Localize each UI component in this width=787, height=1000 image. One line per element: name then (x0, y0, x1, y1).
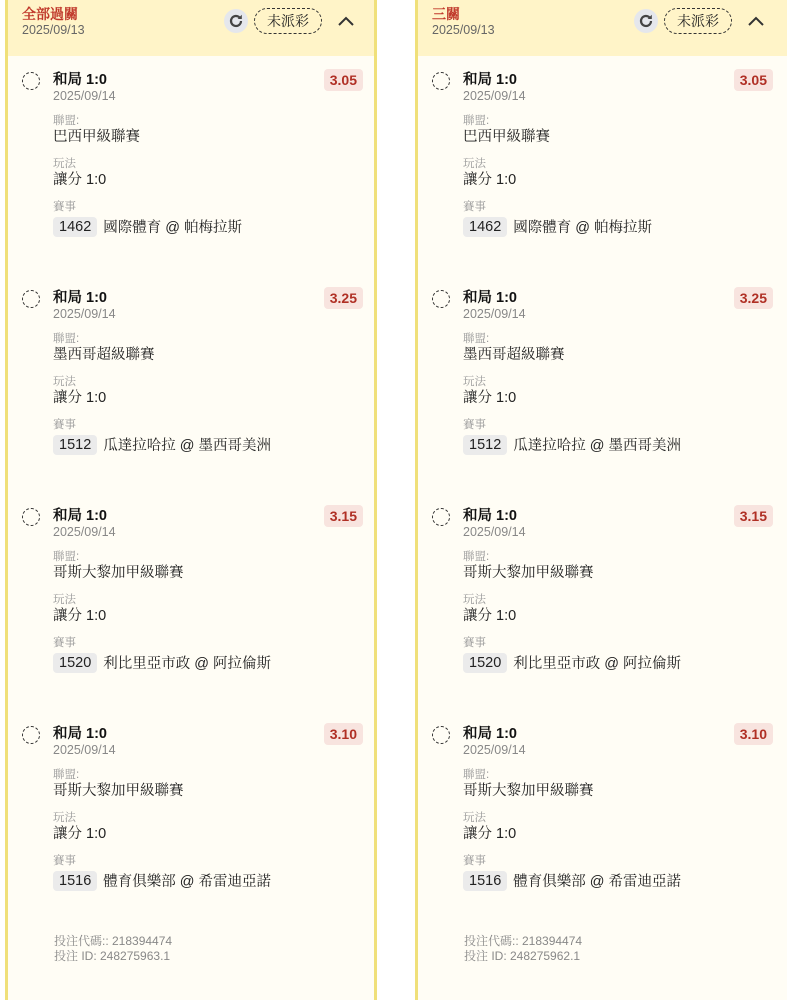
chevron-up-icon (337, 15, 355, 27)
odds-badge: 3.25 (734, 287, 773, 309)
chevron-up-icon (747, 15, 765, 27)
radio-dashed-icon[interactable] (432, 726, 450, 744)
bet-leg: 和局 1:0 2025/09/14 3.15 聯盟: 哥斯大黎加甲級聯賽 玩法 … (418, 504, 787, 722)
bet-code: 投注代碼:: 218394474 (54, 934, 374, 949)
bet-id: 投注 ID: 248275963.1 (54, 949, 374, 964)
league-value: 墨西哥超級聯賽 (53, 346, 374, 365)
refresh-button[interactable] (634, 9, 658, 33)
event-label: 賽事 (53, 636, 374, 650)
radio-dashed-icon[interactable] (22, 508, 40, 526)
event-name: 體育俱樂部 @ 希雷迪亞諾 (513, 870, 681, 891)
radio-dashed-icon[interactable] (432, 72, 450, 90)
event-number: 1516 (463, 871, 507, 891)
radio-dashed-icon[interactable] (22, 726, 40, 744)
bet-type-label: 玩法 (463, 811, 787, 825)
league-label: 聯盟: (53, 768, 374, 782)
league-label: 聯盟: (53, 332, 374, 346)
event-name: 國際體育 @ 帕梅拉斯 (513, 216, 652, 237)
bet-leg: 和局 1:0 2025/09/14 3.05 聯盟: 巴西甲級聯賽 玩法 讓分 … (8, 68, 374, 286)
bet-leg: 和局 1:0 2025/09/14 3.10 聯盟: 哥斯大黎加甲級聯賽 玩法 … (418, 722, 787, 928)
radio-dashed-icon[interactable] (432, 290, 450, 308)
leg-date: 2025/09/14 (463, 525, 787, 540)
bet-legs-list: 和局 1:0 2025/09/14 3.05 聯盟: 巴西甲級聯賽 玩法 讓分 … (8, 56, 374, 928)
bet-type-value: 讓分 1:0 (53, 825, 374, 844)
league-value: 巴西甲級聯賽 (53, 128, 374, 147)
bet-type-label: 玩法 (53, 375, 374, 389)
bet-leg: 和局 1:0 2025/09/14 3.10 聯盟: 哥斯大黎加甲級聯賽 玩法 … (8, 722, 374, 928)
panel-header[interactable]: 全部過關 2025/09/13 未派彩 (8, 0, 374, 56)
event-name: 利比里亞市政 @ 阿拉倫斯 (513, 652, 681, 673)
leg-date: 2025/09/14 (53, 743, 374, 758)
bet-leg: 和局 1:0 2025/09/14 3.05 聯盟: 巴西甲級聯賽 玩法 讓分 … (418, 68, 787, 286)
status-badge-unsettled: 未派彩 (664, 8, 732, 34)
league-value: 墨西哥超級聯賽 (463, 346, 787, 365)
event-number: 1520 (53, 653, 97, 673)
status-badge-unsettled: 未派彩 (254, 8, 322, 34)
bet-footer: 投注代碼:: 218394474 投注 ID: 248275963.1 (8, 928, 374, 964)
bet-type-label: 玩法 (463, 157, 787, 171)
bet-slip-panel-parlay-all: 全部過關 2025/09/13 未派彩 和局 1:0 2025/09/14 3.… (5, 0, 377, 1000)
bet-type-label: 玩法 (53, 811, 374, 825)
leg-date: 2025/09/14 (53, 525, 374, 540)
bet-leg: 和局 1:0 2025/09/14 3.25 聯盟: 墨西哥超級聯賽 玩法 讓分… (8, 286, 374, 504)
league-value: 巴西甲級聯賽 (463, 128, 787, 147)
odds-badge: 3.05 (734, 69, 773, 91)
league-label: 聯盟: (463, 550, 787, 564)
bet-type-label: 玩法 (463, 593, 787, 607)
leg-date: 2025/09/14 (53, 307, 374, 322)
bet-type-label: 玩法 (463, 375, 787, 389)
collapse-button[interactable] (742, 9, 770, 33)
odds-badge: 3.15 (324, 505, 363, 527)
bet-type-value: 讓分 1:0 (463, 171, 787, 190)
bet-footer: 投注代碼:: 218394474 投注 ID: 248275962.1 (418, 928, 787, 964)
league-label: 聯盟: (53, 550, 374, 564)
bet-legs-list: 和局 1:0 2025/09/14 3.05 聯盟: 巴西甲級聯賽 玩法 讓分 … (418, 56, 787, 928)
event-number: 1512 (463, 435, 507, 455)
bet-type-value: 讓分 1:0 (53, 607, 374, 626)
league-value: 哥斯大黎加甲級聯賽 (53, 782, 374, 801)
refresh-icon (228, 13, 244, 29)
leg-date: 2025/09/14 (463, 89, 787, 104)
league-value: 哥斯大黎加甲級聯賽 (463, 564, 787, 583)
event-label: 賽事 (463, 636, 787, 650)
bet-type-label: 玩法 (53, 593, 374, 607)
leg-date: 2025/09/14 (463, 307, 787, 322)
odds-badge: 3.05 (324, 69, 363, 91)
event-label: 賽事 (463, 200, 787, 214)
bet-code: 投注代碼:: 218394474 (464, 934, 787, 949)
league-label: 聯盟: (463, 114, 787, 128)
league-value: 哥斯大黎加甲級聯賽 (463, 782, 787, 801)
leg-date: 2025/09/14 (53, 89, 374, 104)
odds-badge: 3.15 (734, 505, 773, 527)
event-number: 1520 (463, 653, 507, 673)
event-name: 利比里亞市政 @ 阿拉倫斯 (103, 652, 271, 673)
bet-leg: 和局 1:0 2025/09/14 3.15 聯盟: 哥斯大黎加甲級聯賽 玩法 … (8, 504, 374, 722)
event-number: 1462 (463, 217, 507, 237)
bet-type-value: 讓分 1:0 (53, 171, 374, 190)
refresh-button[interactable] (224, 9, 248, 33)
bet-id: 投注 ID: 248275962.1 (464, 949, 787, 964)
event-number: 1516 (53, 871, 97, 891)
event-label: 賽事 (463, 854, 787, 868)
event-label: 賽事 (463, 418, 787, 432)
bet-type-value: 讓分 1:0 (463, 825, 787, 844)
odds-badge: 3.10 (734, 723, 773, 745)
radio-dashed-icon[interactable] (432, 508, 450, 526)
odds-badge: 3.25 (324, 287, 363, 309)
event-number: 1512 (53, 435, 97, 455)
leg-date: 2025/09/14 (463, 743, 787, 758)
radio-dashed-icon[interactable] (22, 72, 40, 90)
odds-badge: 3.10 (324, 723, 363, 745)
event-name: 體育俱樂部 @ 希雷迪亞諾 (103, 870, 271, 891)
bet-type-value: 讓分 1:0 (463, 389, 787, 408)
league-label: 聯盟: (463, 768, 787, 782)
event-label: 賽事 (53, 854, 374, 868)
event-name: 國際體育 @ 帕梅拉斯 (103, 216, 242, 237)
league-value: 哥斯大黎加甲級聯賽 (53, 564, 374, 583)
event-label: 賽事 (53, 200, 374, 214)
league-label: 聯盟: (463, 332, 787, 346)
event-number: 1462 (53, 217, 97, 237)
bet-type-value: 讓分 1:0 (463, 607, 787, 626)
refresh-icon (638, 13, 654, 29)
radio-dashed-icon[interactable] (22, 290, 40, 308)
bet-leg: 和局 1:0 2025/09/14 3.25 聯盟: 墨西哥超級聯賽 玩法 讓分… (418, 286, 787, 504)
panel-header[interactable]: 三關 2025/09/13 未派彩 (418, 0, 787, 56)
collapse-button[interactable] (332, 9, 360, 33)
bet-slip-panel-three-leg: 三關 2025/09/13 未派彩 和局 1:0 2025/09/14 3.05… (415, 0, 787, 1000)
league-label: 聯盟: (53, 114, 374, 128)
bet-type-value: 讓分 1:0 (53, 389, 374, 408)
event-label: 賽事 (53, 418, 374, 432)
bet-type-label: 玩法 (53, 157, 374, 171)
event-name: 瓜達拉哈拉 @ 墨西哥美洲 (103, 434, 271, 455)
event-name: 瓜達拉哈拉 @ 墨西哥美洲 (513, 434, 681, 455)
